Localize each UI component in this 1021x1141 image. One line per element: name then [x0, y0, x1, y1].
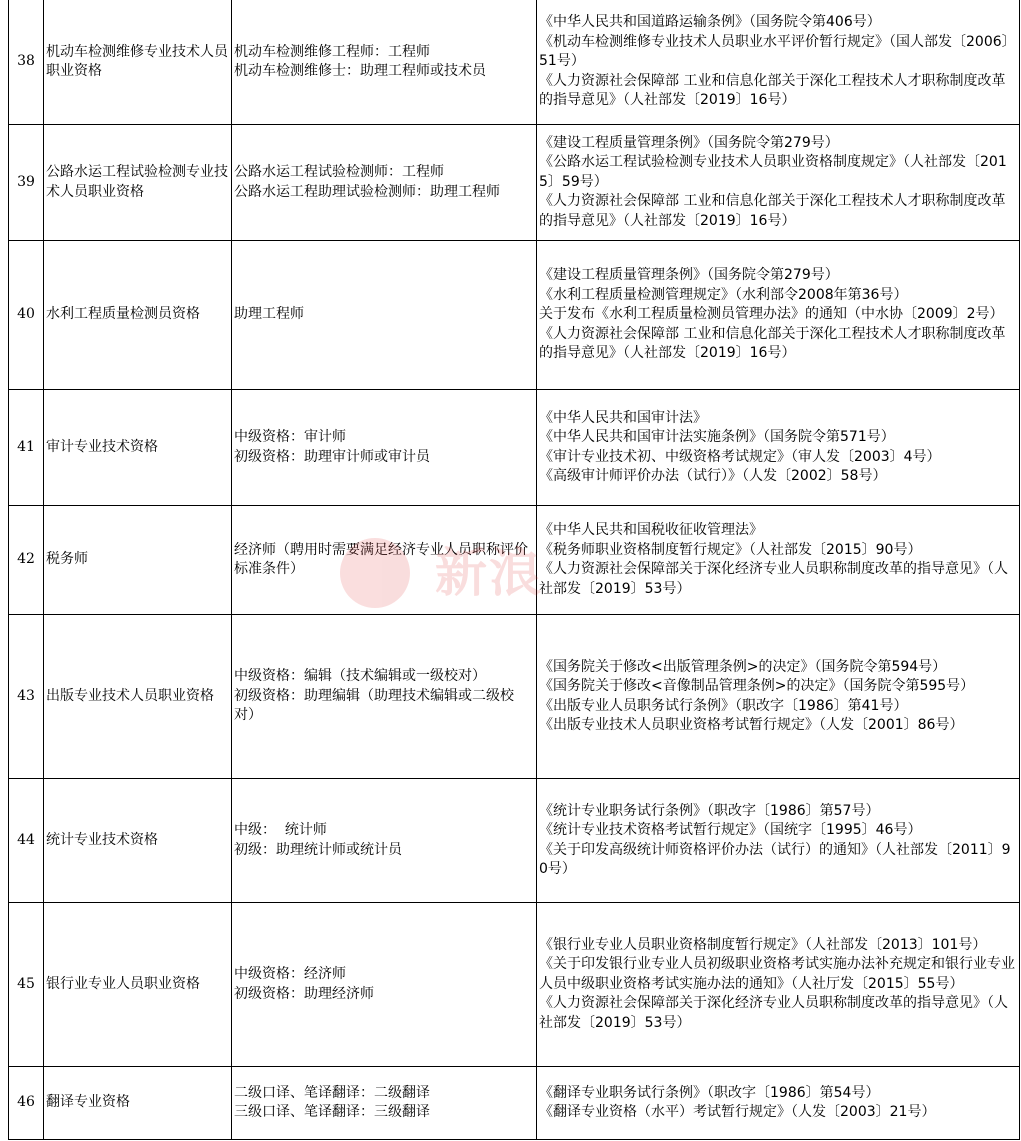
title-level-cell: 公路水运工程试验检测师：工程师 公路水运工程助理试验检测师：助理工程师 — [232, 125, 537, 241]
legal-basis-line: 《统计专业技术资格考试暂行规定》（国统字〔1995〕46号） — [539, 821, 1017, 841]
row-number: 39 — [9, 125, 44, 241]
legal-basis-line: 《翻译专业资格（水平）考试暂行规定》（人发〔2003〕21号） — [539, 1103, 1017, 1123]
legal-basis-line: 《中华人民共和国税收征收管理法》 — [539, 521, 1017, 541]
title-level-cell: 中级资格：审计师 初级资格：助理审计师或审计员 — [232, 390, 537, 506]
qualification-name: 审计专业技术资格 — [44, 390, 232, 506]
legal-basis-line: 《高级审计师评价办法（试行）》（人发〔2002〕58号） — [539, 467, 1017, 487]
legal-basis-line: 《公路水运工程试验检测专业技术人员职业资格制度规定》（人社部发〔2015〕59号… — [539, 153, 1017, 192]
legal-basis-line: 《关于印发银行业专业人员初级职业资格考试实施办法补充规定和银行业专业人员中级职业… — [539, 955, 1017, 994]
title-level-line: 初级资格：助理审计师或审计员 — [234, 448, 534, 468]
qualification-name: 统计专业技术资格 — [44, 779, 232, 903]
legal-basis-line: 《人力资源社会保障部 工业和信息化部关于深化工程技术人才职称制度改革的指导意见》… — [539, 192, 1017, 231]
title-level-line: 机动车检测维修士：助理工程师或技术员 — [234, 62, 534, 82]
legal-basis-line: 《建设工程质量管理条例》（国务院令第279号） — [539, 134, 1017, 154]
row-number: 41 — [9, 390, 44, 506]
legal-basis-line: 《统计专业职务试行条例》（职改字〔1986〕第57号） — [539, 802, 1017, 822]
title-level-line: 助理工程师 — [234, 305, 534, 325]
qualification-table-sheet: 38 机动车检测维修专业技术人员职业资格 机动车检测维修工程师：工程师 机动车检… — [8, 0, 1016, 1140]
table-row: 46 翻译专业资格 二级口译、笔译翻译：二级翻译 三级口译、笔译翻译：三级翻译 … — [9, 1067, 1020, 1140]
legal-basis-line: 《机动车检测维修专业技术人员职业水平评价暂行规定》（国人部发〔2006〕51号） — [539, 33, 1017, 72]
qualification-name: 税务师 — [44, 506, 232, 615]
title-level-cell: 助理工程师 — [232, 241, 537, 390]
legal-basis-line: 《人力资源社会保障部 工业和信息化部关于深化工程技术人才职称制度改革的指导意见》… — [539, 325, 1017, 364]
row-number: 43 — [9, 615, 44, 779]
legal-basis-line: 《翻译专业职务试行条例》（职改字〔1986〕第54号） — [539, 1084, 1017, 1104]
table-row: 41 审计专业技术资格 中级资格：审计师 初级资格：助理审计师或审计员 《中华人… — [9, 390, 1020, 506]
legal-basis-line: 《银行业专业人员职业资格制度暂行规定》（人社部发〔2013〕101号） — [539, 936, 1017, 956]
title-level-line: 经济师（聘用时需要满足经济专业人员职称评价标准条件） — [234, 541, 534, 580]
title-level-line: 中级资格：审计师 — [234, 428, 534, 448]
qualification-name: 水利工程质量检测员资格 — [44, 241, 232, 390]
legal-basis-cell: 《中华人民共和国审计法》 《中华人民共和国审计法实施条例》（国务院令第571号）… — [537, 390, 1020, 506]
row-number: 45 — [9, 903, 44, 1067]
legal-basis-cell: 《统计专业职务试行条例》（职改字〔1986〕第57号） 《统计专业技术资格考试暂… — [537, 779, 1020, 903]
table-row: 44 统计专业技术资格 中级： 统计师 初级：助理统计师或统计员 《统计专业职务… — [9, 779, 1020, 903]
title-level-line: 初级资格：助理经济师 — [234, 985, 534, 1005]
legal-basis-line: 《人力资源社会保障部 工业和信息化部关于深化工程技术人才职称制度改革的指导意见》… — [539, 72, 1017, 111]
title-level-line: 公路水运工程助理试验检测师：助理工程师 — [234, 183, 534, 203]
title-level-line: 机动车检测维修工程师：工程师 — [234, 43, 534, 63]
legal-basis-line: 《人力资源社会保障部关于深化经济专业人员职称制度改革的指导意见》（人社部发〔20… — [539, 560, 1017, 599]
legal-basis-line: 《税务师职业资格制度暂行规定》（人社部发〔2015〕90号） — [539, 541, 1017, 561]
title-level-line: 二级口译、笔译翻译：二级翻译 — [234, 1084, 534, 1104]
legal-basis-line: 《建设工程质量管理条例》（国务院令第279号） — [539, 266, 1017, 286]
title-level-cell: 经济师（聘用时需要满足经济专业人员职称评价标准条件） — [232, 506, 537, 615]
legal-basis-line: 《人力资源社会保障部关于深化经济专业人员职称制度改革的指导意见》（人社部发〔20… — [539, 994, 1017, 1033]
legal-basis-line: 《中华人民共和国审计法实施条例》（国务院令第571号） — [539, 428, 1017, 448]
legal-basis-line: 《中华人民共和国审计法》 — [539, 409, 1017, 429]
table-row: 42 税务师 经济师（聘用时需要满足经济专业人员职称评价标准条件） 《中华人民共… — [9, 506, 1020, 615]
title-level-line: 初级：助理统计师或统计员 — [234, 841, 534, 861]
qualification-name: 出版专业技术人员职业资格 — [44, 615, 232, 779]
table-row: 45 银行业专业人员职业资格 中级资格：经济师 初级资格：助理经济师 《银行业专… — [9, 903, 1020, 1067]
row-number: 44 — [9, 779, 44, 903]
qualification-name: 银行业专业人员职业资格 — [44, 903, 232, 1067]
title-level-cell: 二级口译、笔译翻译：二级翻译 三级口译、笔译翻译：三级翻译 — [232, 1067, 537, 1140]
title-level-line: 公路水运工程试验检测师：工程师 — [234, 163, 534, 183]
qualification-name: 翻译专业资格 — [44, 1067, 232, 1140]
title-level-line: 中级： 统计师 — [234, 821, 534, 841]
legal-basis-line: 《国务院关于修改<出版管理条例>的决定》（国务院令第594号） — [539, 658, 1017, 678]
title-level-cell: 中级资格：经济师 初级资格：助理经济师 — [232, 903, 537, 1067]
legal-basis-line: 《出版专业技术人员职业资格考试暂行规定》（人发〔2001〕86号） — [539, 716, 1017, 736]
legal-basis-cell: 《建设工程质量管理条例》（国务院令第279号） 《公路水运工程试验检测专业技术人… — [537, 125, 1020, 241]
table-row: 40 水利工程质量检测员资格 助理工程师 《建设工程质量管理条例》（国务院令第2… — [9, 241, 1020, 390]
legal-basis-cell: 《银行业专业人员职业资格制度暂行规定》（人社部发〔2013〕101号） 《关于印… — [537, 903, 1020, 1067]
row-number: 46 — [9, 1067, 44, 1140]
qualification-table: 38 机动车检测维修专业技术人员职业资格 机动车检测维修工程师：工程师 机动车检… — [8, 0, 1020, 1140]
title-level-line: 中级资格：编辑（技术编辑或一级校对） — [234, 667, 534, 687]
title-level-line: 三级口译、笔译翻译：三级翻译 — [234, 1103, 534, 1123]
legal-basis-cell: 《中华人民共和国税收征收管理法》 《税务师职业资格制度暂行规定》（人社部发〔20… — [537, 506, 1020, 615]
legal-basis-cell: 《翻译专业职务试行条例》（职改字〔1986〕第54号） 《翻译专业资格（水平）考… — [537, 1067, 1020, 1140]
legal-basis-line: 关于发布《水利工程质量检测员管理办法》的通知（中水协〔2009〕2号） — [539, 305, 1017, 325]
legal-basis-cell: 《建设工程质量管理条例》（国务院令第279号） 《水利工程质量检测管理规定》（水… — [537, 241, 1020, 390]
legal-basis-line: 《关于印发高级统计师资格评价办法（试行）的通知》（人社部发〔2011〕90号） — [539, 841, 1017, 880]
table-row: 38 机动车检测维修专业技术人员职业资格 机动车检测维修工程师：工程师 机动车检… — [9, 0, 1020, 125]
legal-basis-cell: 《中华人民共和国道路运输条例》（国务院令第406号） 《机动车检测维修专业技术人… — [537, 0, 1020, 125]
legal-basis-line: 《中华人民共和国道路运输条例》（国务院令第406号） — [539, 13, 1017, 33]
table-row: 43 出版专业技术人员职业资格 中级资格：编辑（技术编辑或一级校对） 初级资格：… — [9, 615, 1020, 779]
row-number: 38 — [9, 0, 44, 125]
table-row: 39 公路水运工程试验检测专业技术人员职业资格 公路水运工程试验检测师：工程师 … — [9, 125, 1020, 241]
title-level-line: 初级资格：助理编辑（助理技术编辑或二级校对） — [234, 687, 534, 726]
title-level-line: 中级资格：经济师 — [234, 965, 534, 985]
title-level-cell: 中级资格：编辑（技术编辑或一级校对） 初级资格：助理编辑（助理技术编辑或二级校对… — [232, 615, 537, 779]
title-level-cell: 机动车检测维修工程师：工程师 机动车检测维修士：助理工程师或技术员 — [232, 0, 537, 125]
row-number: 40 — [9, 241, 44, 390]
qualification-name: 机动车检测维修专业技术人员职业资格 — [44, 0, 232, 125]
legal-basis-line: 《审计专业技术初、中级资格考试规定》（审人发〔2003〕4号） — [539, 448, 1017, 468]
legal-basis-line: 《国务院关于修改<音像制品管理条例>的决定》（国务院令第595号） — [539, 677, 1017, 697]
legal-basis-cell: 《国务院关于修改<出版管理条例>的决定》（国务院令第594号） 《国务院关于修改… — [537, 615, 1020, 779]
row-number: 42 — [9, 506, 44, 615]
title-level-cell: 中级： 统计师 初级：助理统计师或统计员 — [232, 779, 537, 903]
legal-basis-line: 《出版专业人员职务试行条例》（职改字〔1986〕第41号） — [539, 697, 1017, 717]
qualification-name: 公路水运工程试验检测专业技术人员职业资格 — [44, 125, 232, 241]
legal-basis-line: 《水利工程质量检测管理规定》（水利部令2008年第36号） — [539, 286, 1017, 306]
